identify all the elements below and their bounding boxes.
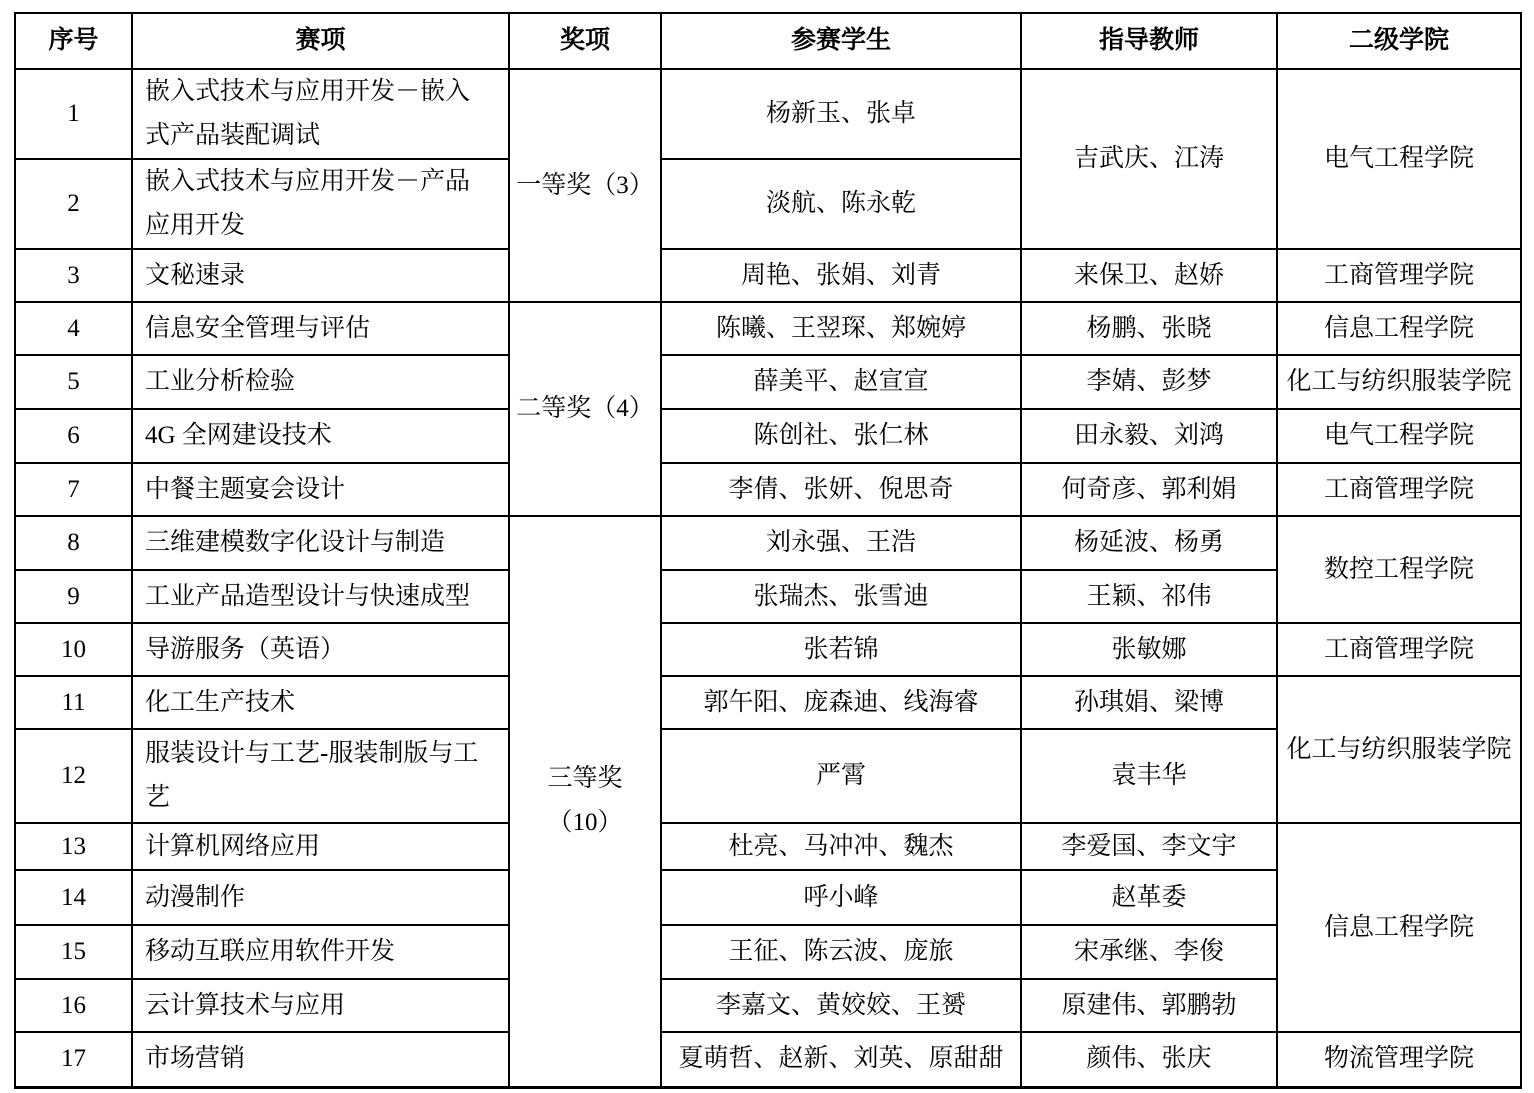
students-cell: 薛美平、赵宣宣	[661, 355, 1021, 409]
row-no-cell: 14	[15, 870, 132, 925]
teachers-cell: 李婧、彭梦	[1021, 355, 1277, 409]
table-row: 8 三维建模数字化设计与制造 三等奖 （10） 刘永强、王浩 杨延波、杨勇 数控…	[15, 516, 1521, 570]
event-cell: 中餐主题宴会设计	[132, 463, 509, 516]
teachers-cell: 孙琪娟、梁博	[1021, 676, 1277, 729]
teachers-cell: 张敏娜	[1021, 623, 1277, 676]
row-no-cell: 9	[15, 570, 132, 623]
row-no-cell: 5	[15, 355, 132, 409]
teachers-cell: 何奇彦、郭利娟	[1021, 463, 1277, 516]
table-row: 4 信息安全管理与评估 二等奖（4） 陈曦、王翌琛、郑婉婷 杨鹏、张晓 信息工程…	[15, 302, 1521, 355]
event-cell: 嵌入式技术与应用开发－嵌入式产品装配调试	[132, 69, 509, 159]
students-cell: 李嘉文、黄姣姣、王赟	[661, 979, 1021, 1032]
students-cell: 周艳、张娟、刘青	[661, 249, 1021, 302]
college-cell: 物流管理学院	[1277, 1032, 1521, 1087]
event-cell: 服装设计与工艺-服装制版与工艺	[132, 729, 509, 823]
document-page: 序号 赛项 奖项 参赛学生 指导教师 二级学院 1 嵌入式技术与应用开发－嵌入式…	[0, 0, 1534, 1093]
college-cell: 信息工程学院	[1277, 302, 1521, 355]
students-cell: 陈曦、王翌琛、郑婉婷	[661, 302, 1021, 355]
header-teachers: 指导教师	[1021, 13, 1277, 69]
event-cell: 云计算技术与应用	[132, 979, 509, 1032]
students-cell: 王征、陈云波、庞旅	[661, 925, 1021, 979]
table-row: 6 4G 全网建设技术 陈创社、张仁林 田永毅、刘鸿 电气工程学院	[15, 409, 1521, 463]
table-row: 10 导游服务（英语） 张若锦 张敏娜 工商管理学院	[15, 623, 1521, 676]
event-cell: 工业分析检验	[132, 355, 509, 409]
college-cell: 电气工程学院	[1277, 69, 1521, 249]
event-cell: 工业产品造型设计与快速成型	[132, 570, 509, 623]
row-no-cell: 7	[15, 463, 132, 516]
header-college: 二级学院	[1277, 13, 1521, 69]
teachers-cell: 原建伟、郭鹏勃	[1021, 979, 1277, 1032]
award-cell-first-prize: 一等奖（3）	[509, 69, 661, 302]
college-cell: 工商管理学院	[1277, 249, 1521, 302]
students-cell: 杨新玉、张卓	[661, 69, 1021, 159]
award-label-line1: 三等奖	[514, 757, 656, 801]
teachers-cell: 宋承继、李俊	[1021, 925, 1277, 979]
college-cell: 化工与纺织服装学院	[1277, 676, 1521, 823]
row-no-cell: 6	[15, 409, 132, 463]
header-row: 序号 赛项 奖项 参赛学生 指导教师 二级学院	[15, 13, 1521, 69]
header-award: 奖项	[509, 13, 661, 69]
students-cell: 张若锦	[661, 623, 1021, 676]
students-cell: 严霄	[661, 729, 1021, 823]
row-no-cell: 1	[15, 69, 132, 159]
row-no-cell: 10	[15, 623, 132, 676]
students-cell: 淡航、陈永乾	[661, 159, 1021, 249]
teachers-cell: 王颖、祁伟	[1021, 570, 1277, 623]
event-cell: 嵌入式技术与应用开发－产品应用开发	[132, 159, 509, 249]
teachers-cell: 颜伟、张庆	[1021, 1032, 1277, 1087]
table-row: 13 计算机网络应用 杜亮、马冲冲、魏杰 李爱国、李文宇 信息工程学院	[15, 823, 1521, 870]
college-cell: 数控工程学院	[1277, 516, 1521, 623]
event-cell: 化工生产技术	[132, 676, 509, 729]
event-cell: 导游服务（英语）	[132, 623, 509, 676]
students-cell: 杜亮、马冲冲、魏杰	[661, 823, 1021, 870]
college-cell: 信息工程学院	[1277, 823, 1521, 1032]
students-cell: 夏萌哲、赵新、刘英、原甜甜	[661, 1032, 1021, 1087]
teachers-cell: 杨延波、杨勇	[1021, 516, 1277, 570]
award-cell-second-prize: 二等奖（4）	[509, 302, 661, 516]
table-row: 3 文秘速录 周艳、张娟、刘青 来保卫、赵娇 工商管理学院	[15, 249, 1521, 302]
teachers-cell: 吉武庆、江涛	[1021, 69, 1277, 249]
header-event: 赛项	[132, 13, 509, 69]
row-no-cell: 4	[15, 302, 132, 355]
event-cell: 文秘速录	[132, 249, 509, 302]
award-label-line2: （10）	[514, 801, 656, 845]
row-no-cell: 17	[15, 1032, 132, 1087]
teachers-cell: 袁丰华	[1021, 729, 1277, 823]
table-row: 1 嵌入式技术与应用开发－嵌入式产品装配调试 一等奖（3） 杨新玉、张卓 吉武庆…	[15, 69, 1521, 159]
row-no-cell: 16	[15, 979, 132, 1032]
event-cell: 4G 全网建设技术	[132, 409, 509, 463]
row-no-cell: 11	[15, 676, 132, 729]
college-cell: 工商管理学院	[1277, 463, 1521, 516]
college-cell: 工商管理学院	[1277, 623, 1521, 676]
students-cell: 郭午阳、庞森迪、线海睿	[661, 676, 1021, 729]
students-cell: 呼小峰	[661, 870, 1021, 925]
row-no-cell: 13	[15, 823, 132, 870]
table-row: 7 中餐主题宴会设计 李倩、张妍、倪思奇 何奇彦、郭利娟 工商管理学院	[15, 463, 1521, 516]
teachers-cell: 李爱国、李文宇	[1021, 823, 1277, 870]
award-results-table: 序号 赛项 奖项 参赛学生 指导教师 二级学院 1 嵌入式技术与应用开发－嵌入式…	[14, 12, 1522, 1089]
event-cell: 市场营销	[132, 1032, 509, 1087]
row-no-cell: 8	[15, 516, 132, 570]
students-cell: 刘永强、王浩	[661, 516, 1021, 570]
row-no-cell: 15	[15, 925, 132, 979]
students-cell: 张瑞杰、张雪迪	[661, 570, 1021, 623]
table-row: 5 工业分析检验 薛美平、赵宣宣 李婧、彭梦 化工与纺织服装学院	[15, 355, 1521, 409]
row-no-cell: 3	[15, 249, 132, 302]
college-cell: 电气工程学院	[1277, 409, 1521, 463]
table-row: 17 市场营销 夏萌哲、赵新、刘英、原甜甜 颜伟、张庆 物流管理学院	[15, 1032, 1521, 1087]
header-students: 参赛学生	[661, 13, 1021, 69]
students-cell: 陈创社、张仁林	[661, 409, 1021, 463]
row-no-cell: 2	[15, 159, 132, 249]
event-cell: 三维建模数字化设计与制造	[132, 516, 509, 570]
students-cell: 李倩、张妍、倪思奇	[661, 463, 1021, 516]
teachers-cell: 来保卫、赵娇	[1021, 249, 1277, 302]
teachers-cell: 田永毅、刘鸿	[1021, 409, 1277, 463]
award-cell-third-prize: 三等奖 （10）	[509, 516, 661, 1087]
event-cell: 动漫制作	[132, 870, 509, 925]
header-no: 序号	[15, 13, 132, 69]
table-row: 11 化工生产技术 郭午阳、庞森迪、线海睿 孙琪娟、梁博 化工与纺织服装学院	[15, 676, 1521, 729]
event-cell: 信息安全管理与评估	[132, 302, 509, 355]
event-cell: 计算机网络应用	[132, 823, 509, 870]
teachers-cell: 赵革委	[1021, 870, 1277, 925]
college-cell: 化工与纺织服装学院	[1277, 355, 1521, 409]
row-no-cell: 12	[15, 729, 132, 823]
teachers-cell: 杨鹏、张晓	[1021, 302, 1277, 355]
event-cell: 移动互联应用软件开发	[132, 925, 509, 979]
